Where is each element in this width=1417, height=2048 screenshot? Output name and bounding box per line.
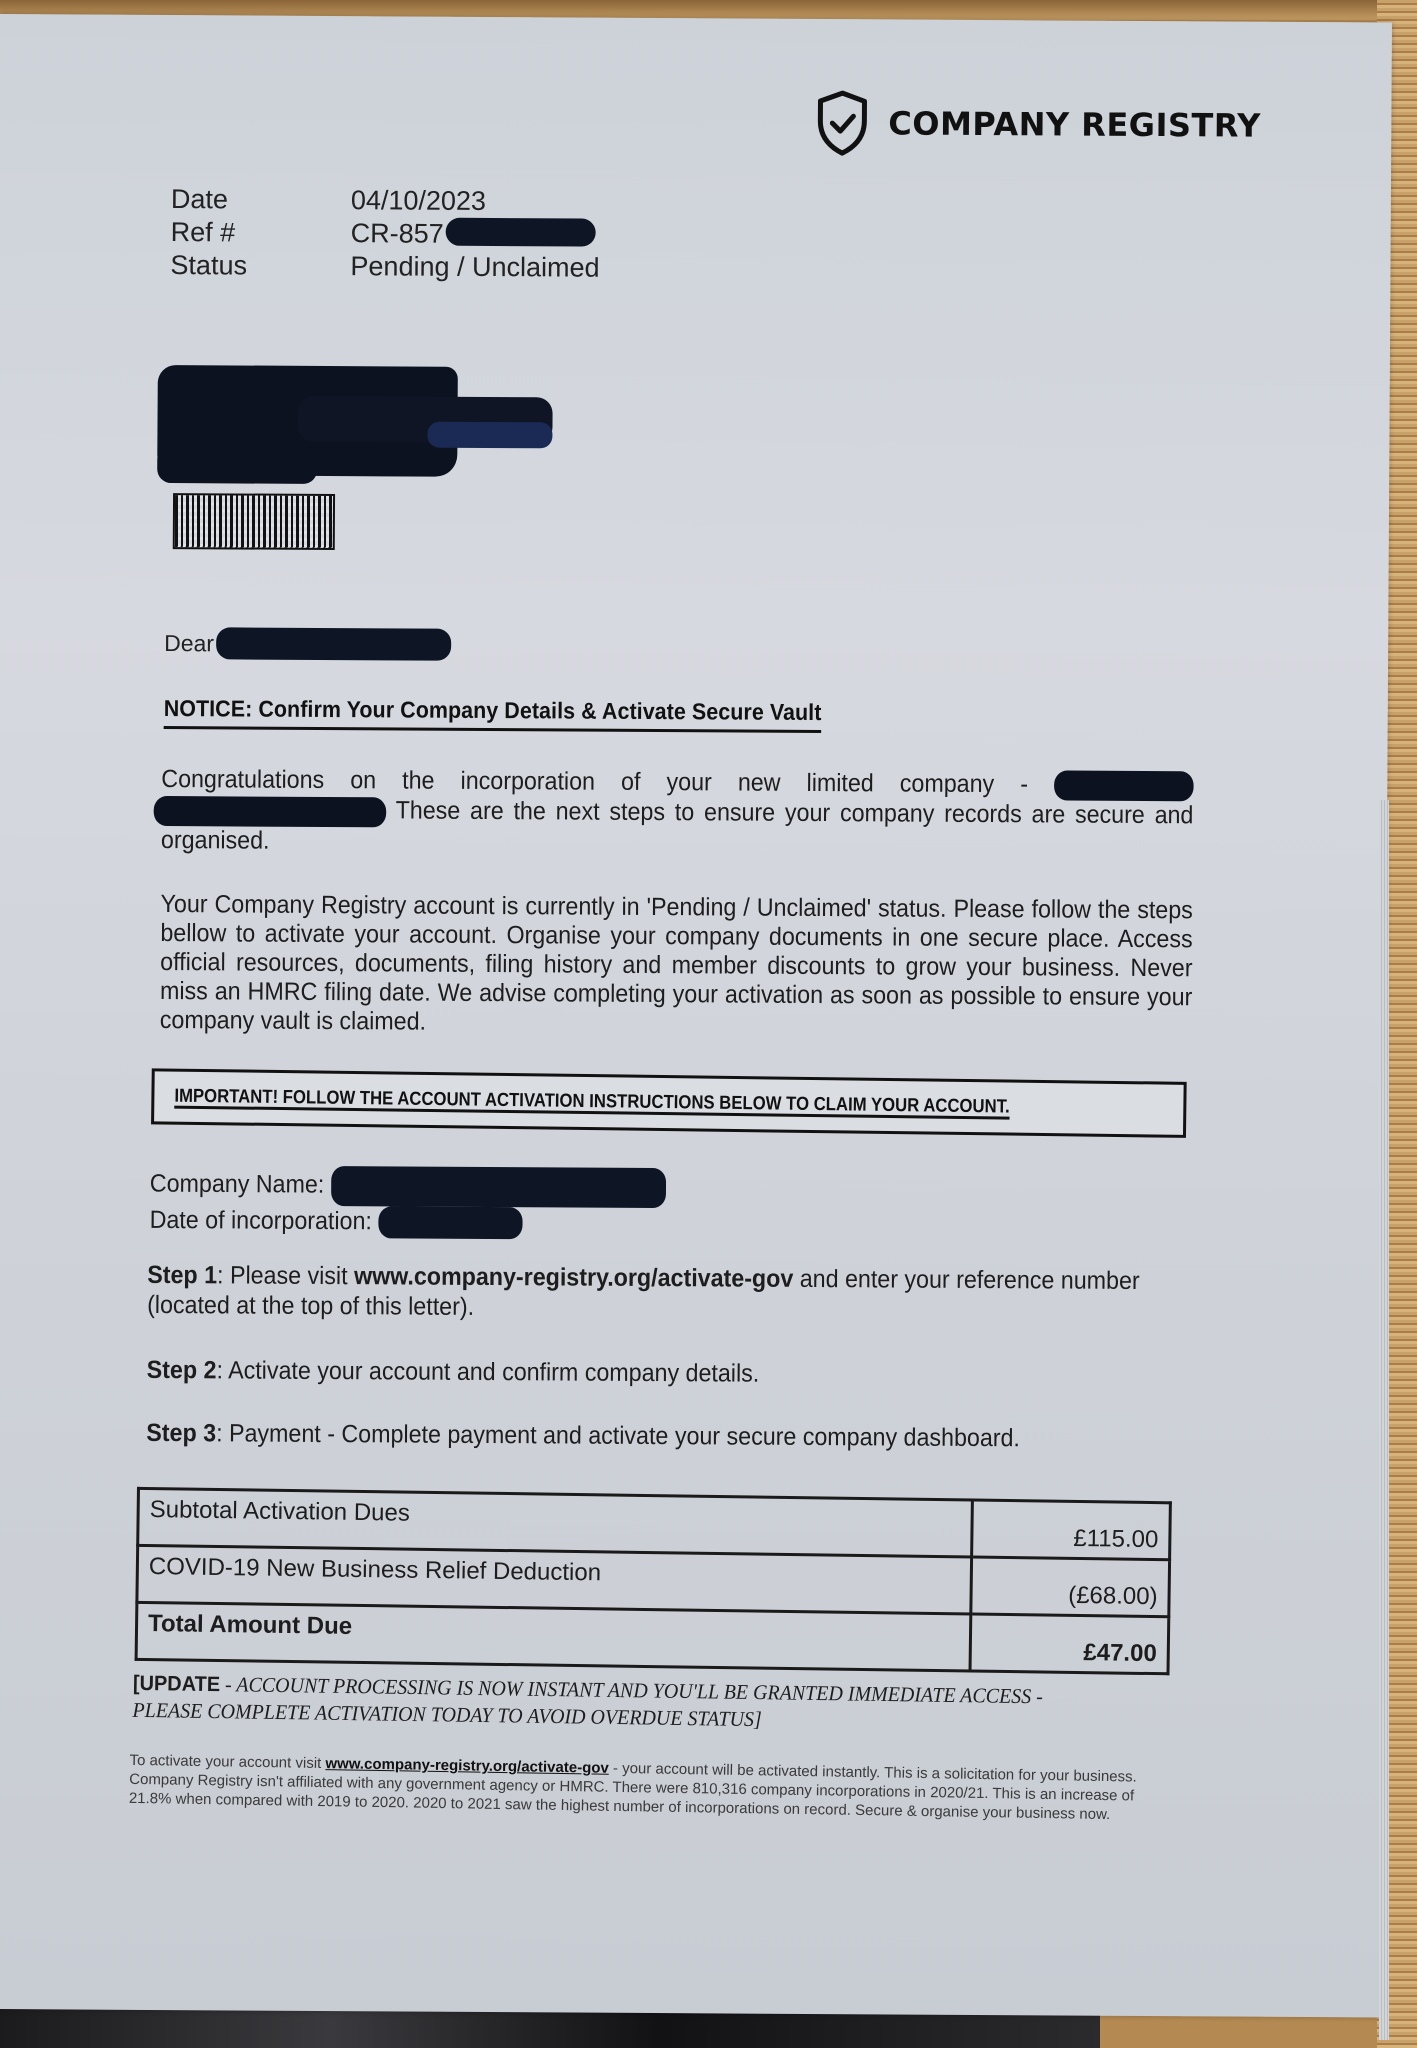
dues-amount: (£68.00) xyxy=(971,1557,1170,1617)
brand-name: COMPANY REGISTRY xyxy=(888,104,1261,144)
fine-print-text: To activate your account visit xyxy=(129,1752,325,1772)
step-label: Step 3 xyxy=(146,1419,216,1447)
redacted-recipient-name xyxy=(216,627,451,660)
congratulations-paragraph: Congratulations on the incorporation of … xyxy=(161,765,1194,861)
dues-label: Total Amount Due xyxy=(136,1602,971,1671)
dues-amount: £47.00 xyxy=(970,1614,1169,1674)
update-notice: [UPDATE - ACCOUNT PROCESSING IS NOW INST… xyxy=(132,1670,1083,1737)
step-label: Step 2 xyxy=(147,1356,217,1384)
ref-value: CR-857 xyxy=(351,217,444,251)
company-name-row: Company Name: xyxy=(150,1165,666,1208)
step-text: : Payment - Complete payment and activat… xyxy=(216,1419,1020,1452)
dues-amount: £115.00 xyxy=(972,1500,1171,1560)
fine-print-url[interactable]: www.company-registry.org/activate-gov xyxy=(325,1755,609,1777)
redacted-address-line xyxy=(157,445,317,484)
step-text: : Activate your account and confirm comp… xyxy=(216,1356,759,1387)
status-value: Pending / Unclaimed xyxy=(350,250,599,285)
step-label: Step 1 xyxy=(147,1261,217,1289)
letter-page: COMPANY REGISTRY Date 04/10/2023 Ref # C… xyxy=(0,14,1392,2017)
ref-label: Ref # xyxy=(171,216,351,250)
company-details: Company Name: Date of incorporation: xyxy=(150,1165,666,1241)
status-label: Status xyxy=(170,249,350,283)
company-logo: COMPANY REGISTRY xyxy=(814,89,1261,160)
salutation-text: Dear xyxy=(164,630,214,657)
date-value: 04/10/2023 xyxy=(351,184,486,218)
redacted-incorporation-date xyxy=(378,1207,522,1240)
letter-meta: Date 04/10/2023 Ref # CR-857 Status Pend… xyxy=(170,183,600,285)
important-banner-text: IMPORTANT! FOLLOW THE ACCOUNT ACTIVATION… xyxy=(174,1086,1010,1119)
step-text: : Please visit xyxy=(217,1261,354,1290)
important-banner: IMPORTANT! FOLLOW THE ACCOUNT ACTIVATION… xyxy=(151,1068,1187,1138)
paper-stack-edge xyxy=(1379,800,1389,2040)
paragraph-text: Congratulations on the incorporation of … xyxy=(161,765,1028,798)
incorporation-date-label: Date of incorporation: xyxy=(150,1206,372,1235)
redacted-company-name xyxy=(154,796,387,827)
step-3: Step 3: Payment - Complete payment and a… xyxy=(146,1418,1178,1454)
incorporation-date-row: Date of incorporation: xyxy=(150,1205,666,1241)
step-2: Step 2: Activate your account and confir… xyxy=(147,1355,1179,1391)
redacted-address-line xyxy=(427,422,552,449)
shield-check-icon xyxy=(814,89,870,157)
status-row: Status Pending / Unclaimed xyxy=(170,249,599,285)
activation-url[interactable]: www.company-registry.org/activate-gov xyxy=(354,1262,793,1293)
account-status-paragraph: Your Company Registry account is current… xyxy=(160,890,1193,1041)
fine-print: To activate your account visit www.compa… xyxy=(129,1751,1170,1825)
step-1: Step 1: Please visit www.company-registr… xyxy=(147,1260,1180,1326)
redacted-company-name xyxy=(331,1166,666,1208)
update-text: - ACCOUNT PROCESSING IS NOW INSTANT AND … xyxy=(132,1672,1043,1731)
update-lead: [UPDATE xyxy=(133,1672,221,1696)
date-label: Date xyxy=(171,183,351,217)
salutation: Dear xyxy=(164,627,451,661)
notice-title: NOTICE: Confirm Your Company Details & A… xyxy=(164,695,822,733)
redacted-ref xyxy=(446,218,596,247)
redacted-company-name xyxy=(1054,771,1194,802)
ref-row: Ref # CR-857 xyxy=(171,216,600,252)
datamatrix-barcode xyxy=(173,493,335,550)
company-name-label: Company Name: xyxy=(150,1170,325,1199)
date-row: Date 04/10/2023 xyxy=(171,183,600,219)
activation-dues-table: Subtotal Activation Dues £115.00 COVID-1… xyxy=(135,1487,1172,1675)
